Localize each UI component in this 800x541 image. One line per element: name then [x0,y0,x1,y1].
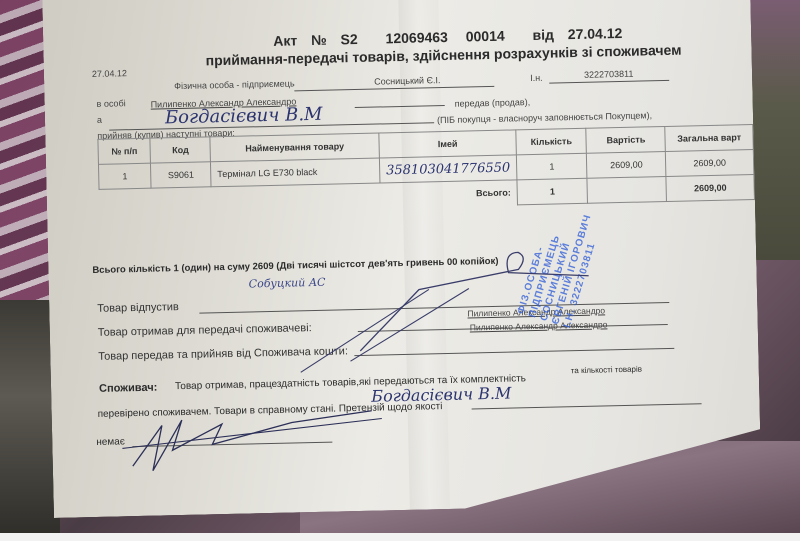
col-code: Код [150,137,210,163]
act-series: 00014 [466,28,505,45]
consumer-underline [472,403,702,409]
consumer-label: Споживач: [99,382,157,395]
col-quantity: Кількість [516,128,587,155]
receipt-paper: Акт № S2 12069463 00014 від 27.04.12 при… [42,0,762,518]
received-label: Товар отримав для передачі споживачеві: [98,322,312,339]
act-number: 12069463 [385,29,448,46]
items-table: № п/п Код Найменування товару Імей Кільк… [97,124,755,215]
cell-price: 2609,00 [587,151,666,178]
cell-total: 2609,00 [666,150,754,177]
entrepreneur-name: Сосницький Є.І. [374,75,441,87]
col-name: Найменування товару [210,133,379,162]
total-sum: 2609,00 [666,174,754,201]
cell-name: Термінал LG E730 black [211,158,380,187]
col-number: № п/п [98,138,151,164]
handed-underline [354,348,674,356]
entrepreneur-underline [294,86,494,92]
signature-underline [132,442,332,448]
seller-handwritten: Собуцкий АС [249,276,326,291]
and-label: а [97,115,102,125]
tax-id-underline [549,80,669,84]
buyer-handwritten-name: Богдасієвич В.М [165,104,323,129]
consumer-line1-end: та кількості товарів [571,365,642,376]
total-empty [587,176,666,203]
col-total: Загальна варт [665,125,753,152]
cell-imei: 358103041776550 [379,155,517,183]
seller-suffix: передав (продав), [455,97,531,109]
entrepreneur-label: Фізична особа - підприємець [174,78,295,91]
col-price: Вартість [586,127,665,154]
buyer-note: (ПІБ покупця - власноруч заповнюється По… [437,110,652,125]
in-person-label: в особі [96,98,125,109]
seller-stamp: ФІЗ.ОСОБА-ПІДПРИЄМЕЦЬ СОСНИЦЬКИЙ ЄВГЕНІЙ… [516,197,641,339]
act-date: від 27.04.12 [532,25,622,43]
bottom-strip [0,533,800,541]
act-label: Акт № S2 [273,31,358,49]
consumer-line3: немає [96,436,125,448]
tax-id-label: І.н. [530,73,543,83]
cell-quantity: 1 [516,153,587,180]
tax-id: 3222703811 [584,69,634,80]
signature-consumer [132,411,373,471]
corner-date: 27.04.12 [92,68,127,79]
cell-code: S9061 [151,162,211,188]
consumer-handwritten-name: Богдасієвич В.М [371,384,511,406]
released-label: Товар відпустив [97,301,179,315]
col-imei: Імей [379,130,517,158]
cell-number: 1 [98,163,151,189]
handed-label: Товар передав та прийняв від Споживача к… [98,345,348,363]
